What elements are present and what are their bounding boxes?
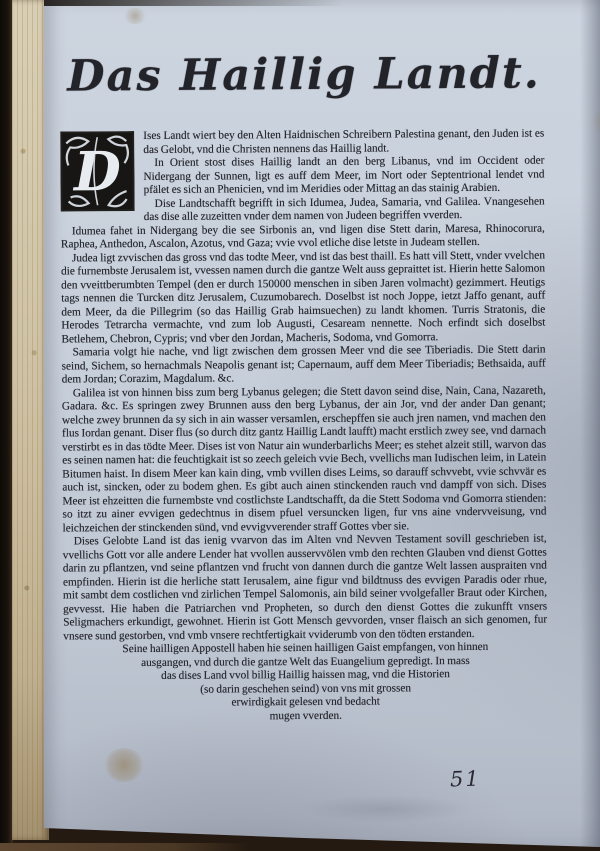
body-paragraph: Judea ligt zvvischen das gross vnd das t… bbox=[61, 249, 546, 346]
body-text-block: D Ises Landt wiert bey den Alten Haidnis… bbox=[60, 128, 548, 725]
page-right-fold-shadow bbox=[580, 0, 600, 851]
body-paragraph: Galilea ist von hinnen biss zum berg Lyb… bbox=[62, 384, 547, 535]
stain-mark bbox=[122, 8, 148, 24]
page-top-shadow bbox=[44, 0, 344, 6]
page-number: 51 bbox=[450, 766, 482, 791]
body-paragraph: Dises Gelobte Land ist das ienig vvarvon… bbox=[63, 533, 548, 644]
tapered-colophon: Seine hailligen Appostell haben hie sein… bbox=[63, 641, 547, 725]
page-title: Das Haillig Landt. bbox=[64, 48, 544, 101]
table-edge-band bbox=[0, 843, 250, 851]
book-photo: Das Haillig Landt. D Ises Landt wiert be… bbox=[0, 0, 600, 851]
body-paragraph: Samaria volgt hie nache, vnd ligt zwisch… bbox=[62, 344, 546, 387]
ornamental-initial-woodcut: D bbox=[60, 131, 134, 211]
drop-cap-letter: D bbox=[72, 139, 121, 203]
body-paragraph: Idumea fahet in Nidergang bey die see Si… bbox=[61, 222, 545, 252]
page-stack-fore-edge bbox=[12, 0, 49, 840]
